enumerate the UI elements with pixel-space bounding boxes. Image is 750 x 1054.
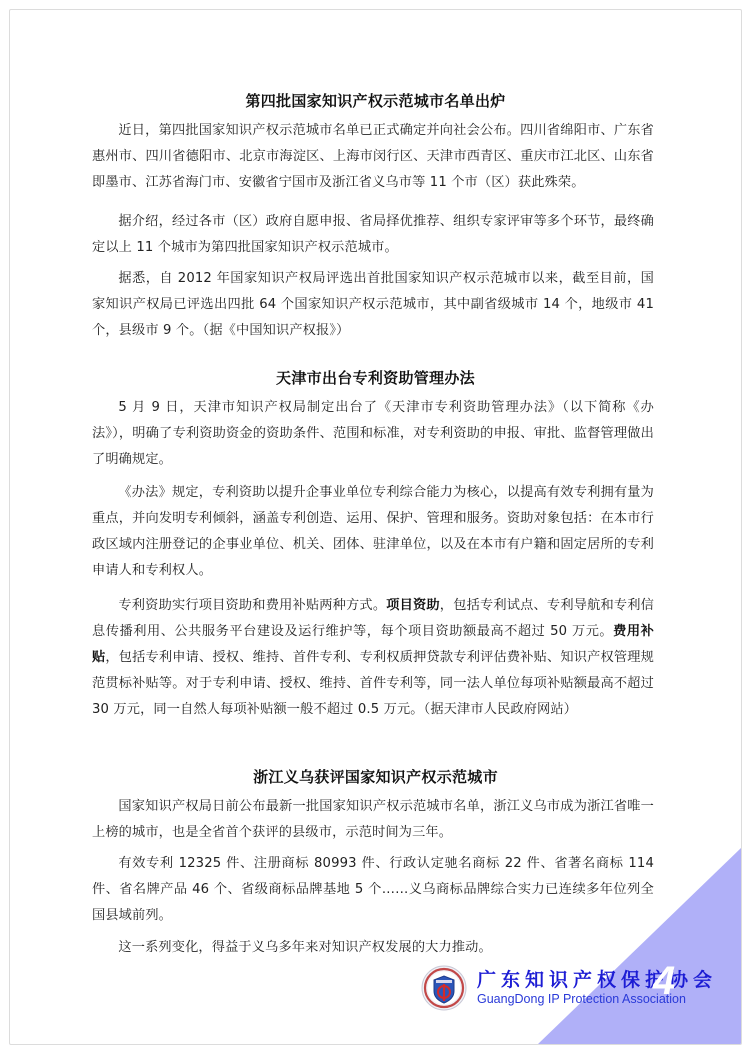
page-number: 4: [653, 959, 675, 1004]
association-emblem-icon: [421, 965, 467, 1011]
article-3-paragraph-2: 有效专利 12325 件、注册商标 80993 件、行政认定驰名商标 22 件、…: [92, 851, 654, 929]
article-3-paragraph-1: 国家知识产权局日前公布最新一批国家知识产权示范城市名单，浙江义乌市成为浙江省唯一…: [92, 794, 654, 846]
article-3-title: 浙江义乌获评国家知识产权示范城市: [10, 766, 741, 787]
article-1-paragraph-3: 据悉，自 2012 年国家知识产权局评选出首批国家知识产权示范城市以来，截至目前…: [92, 266, 654, 344]
organization-name-chinese: 广东知识产权保护协会: [477, 965, 717, 992]
article-1-paragraph-2: 据介绍，经过各市（区）政府自愿申报、省局择优推荐、组织专家评审等多个环节，最终确…: [92, 209, 654, 261]
article-2-paragraph-1: 5 月 9 日，天津市知识产权局制定出台了《天津市专利资助管理办法》（以下简称《…: [92, 395, 654, 473]
article-1-title: 第四批国家知识产权示范城市名单出炉: [10, 90, 741, 111]
document-page: 第四批国家知识产权示范城市名单出炉 近日，第四批国家知识产权示范城市名单已正式确…: [9, 9, 742, 1045]
article-1-paragraph-1: 近日，第四批国家知识产权示范城市名单已正式确定并向社会公布。四川省绵阳市、广东省…: [92, 118, 654, 196]
article-3-paragraph-3: 这一系列变化，得益于义乌多年来对知识产权发展的大力推动。: [92, 935, 654, 961]
article-2-paragraph-3: 专利资助实行项目资助和费用补贴两种方式。项目资助，包括专利试点、专利导航和专利信…: [92, 593, 654, 723]
article-2-paragraph-2: 《办法》规定，专利资助以提升企事业单位专利综合能力为核心，以提高有效专利拥有量为…: [92, 480, 654, 584]
project-funding-label: 项目资助: [386, 598, 440, 613]
article-2-title: 天津市出台专利资助管理办法: [10, 367, 741, 388]
funding-intro: 专利资助实行项目资助和费用补贴两种方式。: [118, 598, 386, 613]
fee-subsidy-text: ，包括专利申请、授权、维持、首件专利、专利权质押贷款专利评估费补贴、知识产权管理…: [92, 650, 654, 717]
